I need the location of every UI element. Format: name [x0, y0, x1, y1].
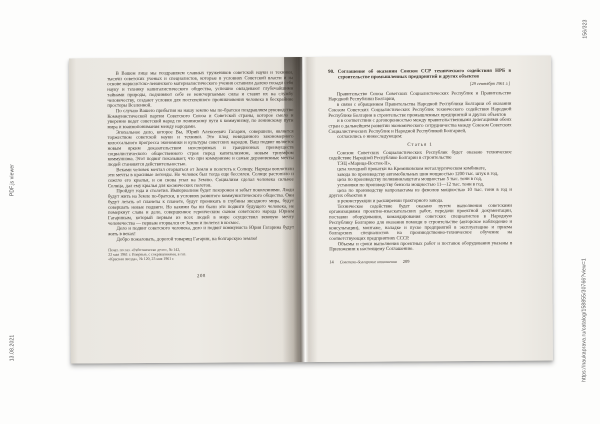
paragraph: и в соответствии с договоренностью между…: [328, 117, 511, 134]
document-heading: 90. Соглашение об оказании Союзом ССР те…: [328, 68, 511, 80]
paragraph: согласились о нижеследующем:: [329, 133, 512, 139]
paragraph: В Вашем лице мы поздравляем славных труж…: [107, 70, 293, 109]
book-scan: В Вашем лице мы поздравляем славных труж…: [69, 56, 553, 364]
print-footer-page-indicator: 156/323: [582, 19, 588, 38]
paragraph: Добро пожаловать, дорогой товарищ Гагари…: [108, 236, 294, 242]
footer-series-title: Советско-болгарские отношения: [340, 260, 397, 266]
right-page-text-column: 90. Соглашение об оказании Союзом ССР те…: [328, 68, 512, 266]
right-page-footer: 14 Советско-болгарские отношения 209: [329, 258, 512, 265]
paragraph: Объемы и сроки выполнения проектных рабо…: [329, 241, 512, 253]
right-page-number: 209: [403, 259, 410, 264]
paragraph: Пройдут года и столетия. Империализм буд…: [108, 188, 294, 227]
paragraph: Веками человек мечтал оторваться от Земл…: [108, 166, 294, 189]
paragraph: По случаю Вашего прибытия на нашу землю …: [107, 108, 293, 131]
left-page-number: 208: [108, 273, 294, 279]
document-title: Соглашение об оказании Союзом ССР технич…: [338, 68, 511, 80]
left-page-text-column: В Вашем лице мы поздравляем славных труж…: [107, 70, 294, 279]
paragraph: в связи с обращением Правительства Народ…: [328, 101, 511, 118]
document-number: 90.: [328, 69, 334, 80]
paragraph: Техническое содействие будет оказано пут…: [329, 203, 512, 242]
print-footer-url: https://naukaprava.ru/catalog/158855/307…: [581, 258, 587, 382]
footer-volume-number: 14: [329, 259, 333, 264]
paragraph: Эпохальное дело, которое Вы, Юрий Алексе…: [108, 129, 294, 168]
footnote-line: «Красная звезда», № 120, 23 мая 1961 г.: [108, 255, 294, 261]
print-header-date: 13.08.2021: [9, 335, 15, 362]
source-footnote: Печат. по газ. «Работническо дело», № 14…: [108, 246, 294, 261]
article-heading: Статья 1: [329, 142, 512, 148]
print-header-title: PDF.js viewer: [9, 164, 15, 196]
document-date: [29 сентября 1961 г.]: [328, 81, 510, 87]
